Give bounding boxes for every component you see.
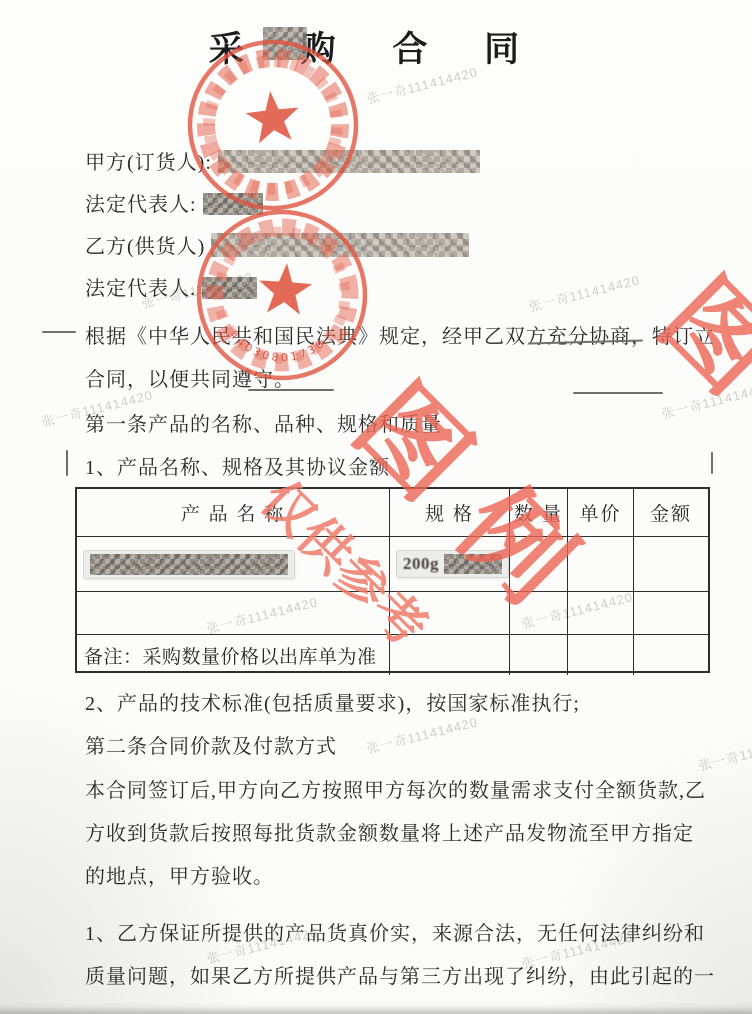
scanned-contract-page: 采 购 合 同 甲方(订货人): 法定代表人: 乙方(供货人) 法定代表人. 根… [0,0,752,1014]
row3-amount-cell [634,635,708,675]
preamble-line-1: 根据《中华人民共和国民法典》规定，经甲乙双方充分协商，特订立 [85,320,715,349]
tile-watermark: 张一奇111414420 [364,711,479,757]
legal-rep-b-label: 法定代表人. [85,278,196,300]
party-b-label: 乙方(供货人) [85,236,205,258]
company-seal-top [183,33,363,218]
section2-item1-line2: 质量问题，如果乙方所提供产品与第三方出现了纠纷，由此引起的一 [85,960,715,989]
row3-unit-price-cell [568,635,634,675]
section2-para-line1: 本合同签订后,甲方向乙方按照甲方每次的数量需求支付全额货款,乙 [85,774,706,803]
tile-watermark: 张一奇111414420 [696,728,752,774]
section2-para-line3: 的地点，甲方验收。 [85,860,274,889]
redacted-product-name [84,551,294,578]
row1-amount-cell [634,537,708,592]
section1-item2: 2、产品的技术标准(包括质量要求)，按国家标准执行; [85,687,580,716]
red-watermark-partial: 图 [633,240,752,449]
margin-dash [42,331,76,333]
margin-tick-right [711,452,713,474]
underline-stroke-2 [248,389,334,391]
star-icon [257,261,314,315]
seal-serial-number: 44030801730 [227,328,329,364]
note-cell: 备注：采购数量价格以出库单为准 [77,635,390,675]
legal-rep-a-label: 法定代表人: [85,194,197,216]
section2-para-line2: 方收到货款后按照每批货款金额数量将上述产品发物流至甲方指定 [85,817,694,846]
row2-amount-cell [634,592,708,635]
section2-item1-line1: 1、乙方保证所提供的产品货真价实，来源合法，无任何法律纠纷和 [85,917,705,946]
section2-heading: 第二条合同价款及付款方式 [85,730,337,759]
tile-watermark: 张一奇111414420 [526,269,641,315]
col-header-amount: 金额 [634,489,708,537]
star-icon [244,88,302,144]
underline-stroke-3 [573,392,663,394]
contract-title: 采 购 合 同 [0,22,752,72]
company-seal-bottom: 44030801730 [192,203,372,388]
margin-tick-left [66,450,68,476]
